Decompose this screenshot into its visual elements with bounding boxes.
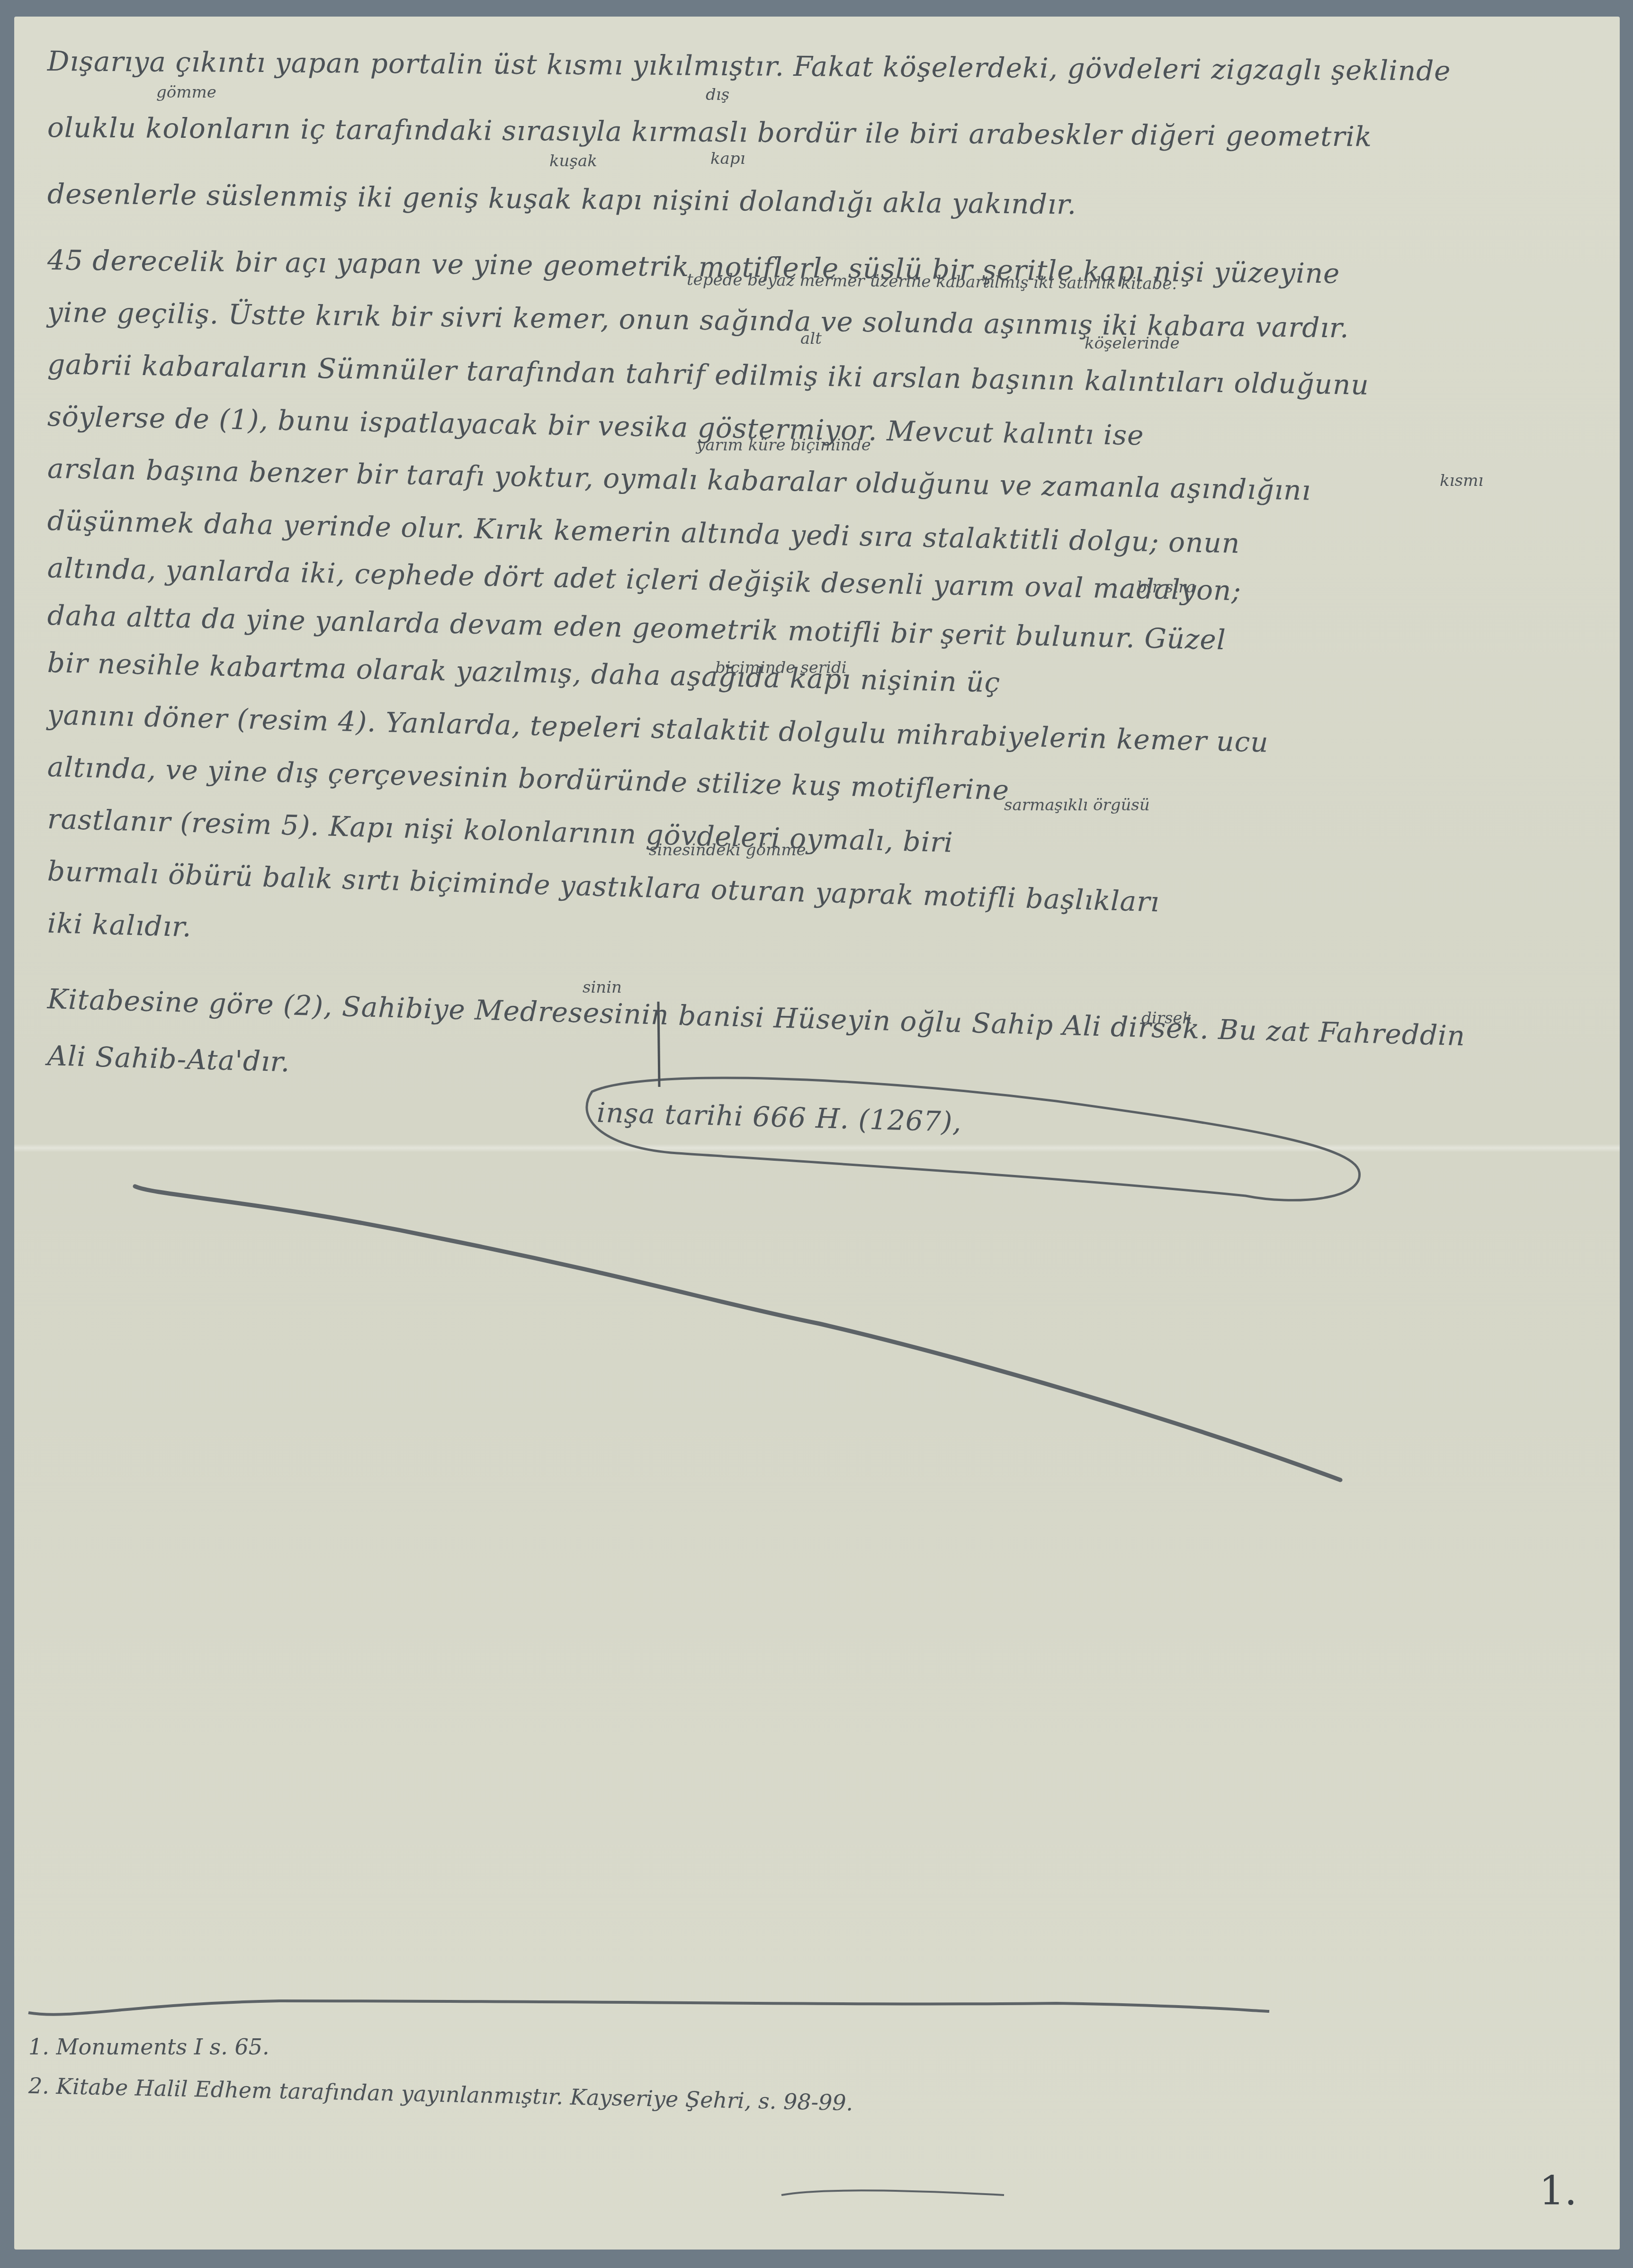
body-line: Dışarıya çıkıntı yapan portalin üst kısm… [47,45,1451,87]
body-line: bir nesihle kabartma olarak yazılmış, da… [47,646,1000,699]
body-line: arslan başına benzer bir tarafı yoktur, … [47,452,1311,507]
circled-note: inşa tarihi 666 H. (1267), [596,1096,962,1138]
insertion-note: kuşak [549,152,597,170]
insertion-note: köşelerinde [1085,334,1180,353]
body-line: gabrii kabaraların Sümnüler tarafından t… [47,348,1369,401]
insertion-note: kısmı [1440,471,1483,490]
insertion-note: sinesindeki gömme [649,841,806,860]
insertion-note: kapı [710,149,745,168]
insertion-note: dış [706,85,729,104]
insertion-note: alt [800,329,822,348]
body-line: söylerse de (1), bunu ispatlayacak bir v… [47,400,1144,451]
footnote-rule [28,2001,1269,2015]
footnote-1: 1. Monuments I s. 65. [28,2034,269,2060]
body-line: iki kalıdır. [47,907,192,943]
insertion-note: yarım küre biçiminde [696,436,871,455]
insertion-note: gömme [156,83,216,102]
insertion-note: dirsek [1141,1009,1192,1028]
body-line: desenlerle süslenmiş iki geniş kuşak kap… [47,178,1077,221]
body-line: burmalı öbürü balık sırtı biçiminde yast… [47,855,1160,918]
insertion-note: tepede beyaz mermer üzerine kabartılmış … [687,270,1177,293]
body-line: oluklu kolonların iç tarafındaki sırasıy… [47,111,1372,153]
body-line: düşünmek daha yerinde olur. Kırık kemeri… [47,504,1240,559]
footnote-underline [781,2191,1004,2195]
long-diagonal-stroke [135,1186,1340,1480]
body-line: rastlanır (resim 5). Kapı nişi kolonları… [47,803,953,859]
insertion-note: biçiminde şeridi [715,658,847,677]
circle-around-date [587,1078,1360,1200]
insertion-note: bir sıra [1137,578,1196,597]
paragraph-2-line: Kitabesine göre (2), Sahibiye Medresesin… [47,983,1466,1052]
body-line: altında, ve yine dış çerçevesinin bordür… [47,751,1010,807]
paper-fold [14,1144,1620,1152]
insertion-note: sarmaşıklı örgüsü [1004,796,1150,815]
body-line: yanını döner (resim 4). Yanlarda, tepele… [47,699,1269,758]
insertion-note: sinin [583,978,622,997]
body-line: daha altta da yine yanlarda devam eden g… [47,599,1226,656]
paragraph-2-line: Ali Sahib-Ata'dır. [47,1040,290,1078]
body-line: altında, yanlarda iki, cephede dört adet… [47,552,1241,607]
page-number: 1. [1539,2168,1577,2214]
manuscript-page: Dışarıya çıkıntı yapan portalin üst kısm… [14,17,1620,2250]
footnote-2: 2. Kitabe Halil Edhem tarafından yayınla… [28,2073,853,2116]
